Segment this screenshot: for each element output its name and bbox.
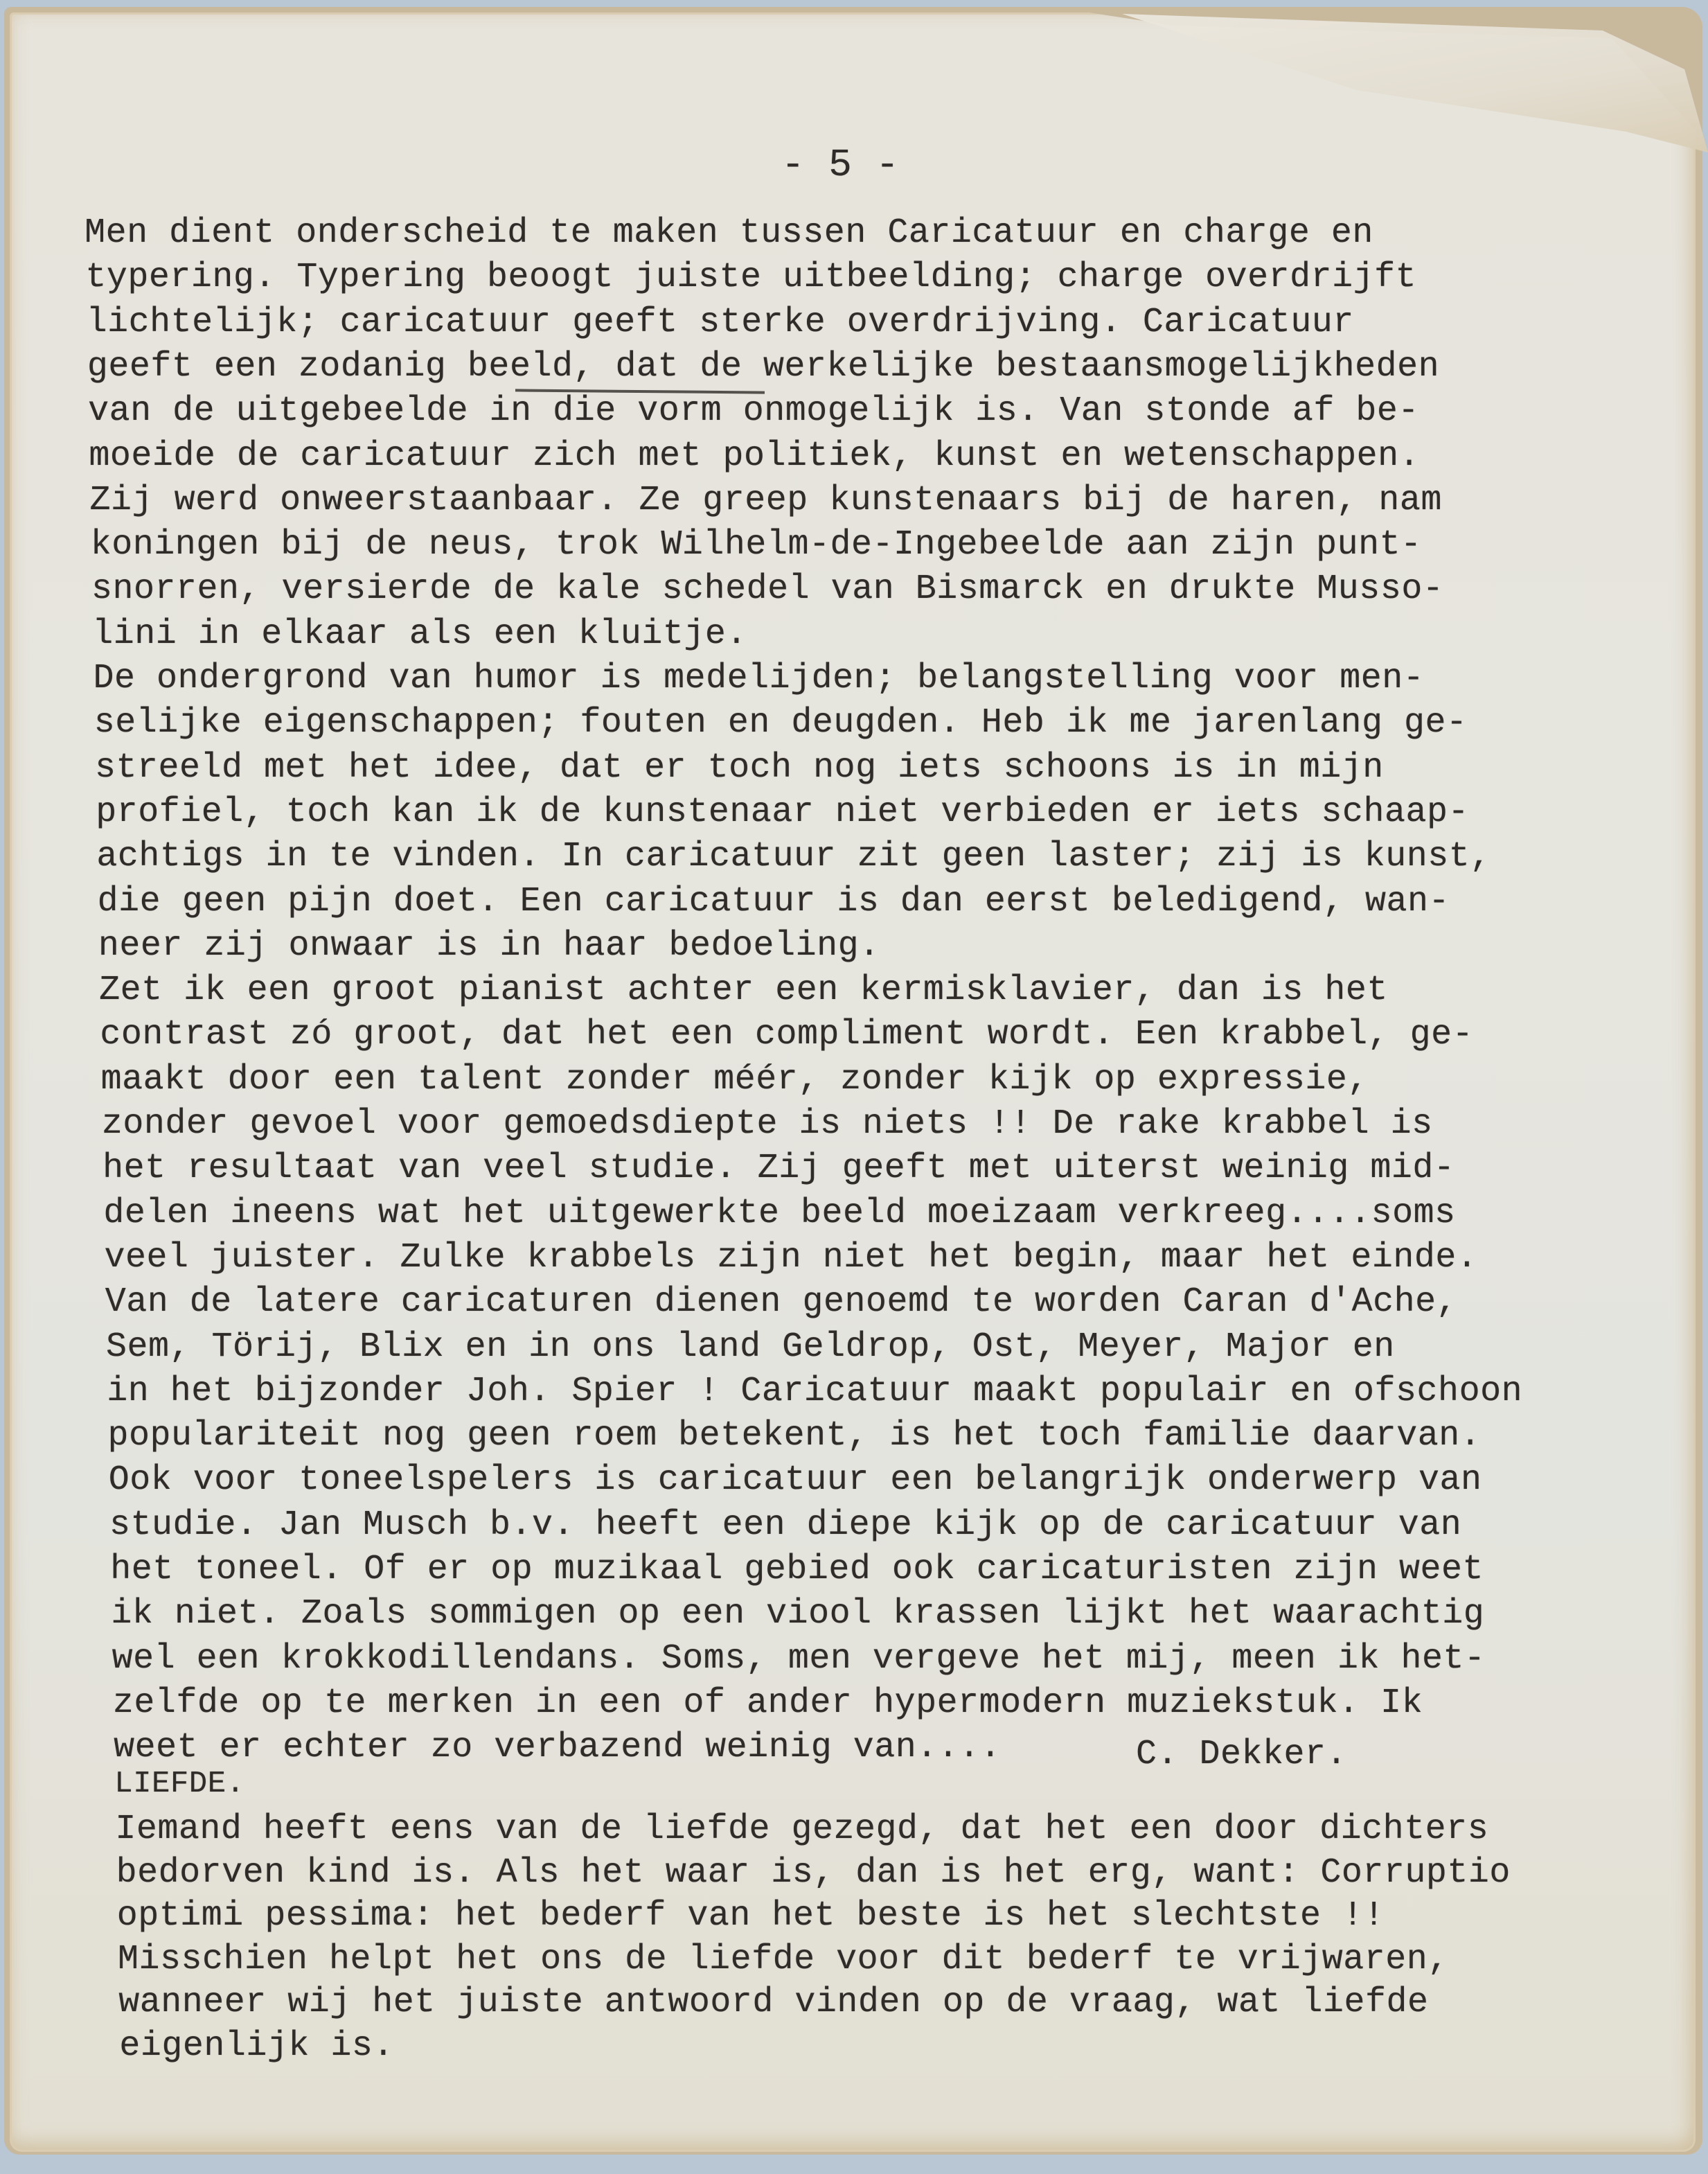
liefde-line: Misschien helpt het ons de liefde voor d… xyxy=(118,1940,1449,1979)
caricatuur-line: weet er echter zo verbazend weinig van..… xyxy=(114,1728,1001,1767)
caricatuur-line: Sem, Törij, Blix en in ons land Geldrop,… xyxy=(106,1327,1395,1367)
caricatuur-line: koningen bij de neus, trok Wilhelm-de-In… xyxy=(91,525,1422,565)
caricatuur-line: snorren, versierde de kale schedel van B… xyxy=(91,569,1443,609)
caricatuur-line: die geen pijn doet. Een caricatuur is da… xyxy=(98,882,1450,921)
caricatuur-line: ik niet. Zoals sommigen op een viool kra… xyxy=(111,1594,1484,1634)
caricatuur-line: het resultaat van veel studie. Zij geeft… xyxy=(103,1149,1455,1188)
caricatuur-line: selijke eigenschappen; fouten en deugden… xyxy=(94,703,1468,743)
caricatuur-line: moeide de caricatuur zich met politiek, … xyxy=(89,436,1420,476)
liefde-line: eigenlijk is. xyxy=(119,2026,394,2066)
caricatuur-line: lichtelijk; caricatuur geeft sterke over… xyxy=(87,303,1354,342)
caricatuur-line: geeft een zodanig beeld, dat de werkelij… xyxy=(87,347,1439,387)
caricatuur-line: De ondergrond van humor is medelijden; b… xyxy=(93,659,1424,698)
liefde-line: bedorven kind is. Als het waar is, dan i… xyxy=(116,1853,1511,1893)
caricatuur-line: het toneel. Of er op muzikaal gebied ook… xyxy=(110,1550,1484,1589)
caricatuur-line: studie. Jan Musch b.v. heeft een diepe k… xyxy=(109,1505,1461,1545)
page-number: - 5 - xyxy=(781,143,900,187)
caricatuur-line: Ook voor toneelspelers is caricatuur een… xyxy=(109,1460,1482,1500)
caricatuur-line: lini in elkaar als een kluitje. xyxy=(92,615,747,654)
caricatuur-line: wel een krokkodillendans. Soms, men verg… xyxy=(112,1639,1486,1679)
caricatuur-line: zelfde op te merken in een of ander hype… xyxy=(113,1683,1423,1723)
caricatuur-line: veel juister. Zulke krabbels zijn niet h… xyxy=(105,1238,1478,1278)
caricatuur-line: populariteit nog geen roem betekent, is … xyxy=(107,1416,1481,1456)
author-signature: C. Dekker. xyxy=(1136,1735,1347,1774)
caricatuur-line: typering. Typering beoogt juiste uitbeel… xyxy=(85,258,1416,297)
caricatuur-line: contrast zó groot, dat het een complimen… xyxy=(100,1015,1473,1054)
caricatuur-line: van de uitgebeelde in die vorm onmogelij… xyxy=(88,391,1419,431)
liefde-line: optimi pessima: het bederf van het beste… xyxy=(117,1896,1385,1936)
caricatuur-line: streeld met het idee, dat er toch nog ie… xyxy=(95,748,1384,788)
liefde-line: wanneer wij het juiste antwoord vinden o… xyxy=(118,1983,1428,2022)
caricatuur-line: neer zij onwaar is in haar bedoeling. xyxy=(98,926,880,966)
caricatuur-line: Men dient onderscheid te maken tussen Ca… xyxy=(84,213,1373,253)
caricatuur-line: Van de latere caricaturen dienen genoemd… xyxy=(105,1282,1457,1322)
caricatuur-line: Zij werd onweerstaanbaar. Ze greep kunst… xyxy=(90,481,1442,520)
caricatuur-line: maakt door een talent zonder méér, zonde… xyxy=(101,1060,1369,1099)
caricatuur-line: delen ineens wat het uitgewerkte beeld m… xyxy=(103,1194,1455,1233)
caricatuur-line: achtigs in te vinden. In caricatuur zit … xyxy=(96,837,1491,876)
caricatuur-line: profiel, toch kan ik de kunstenaar niet … xyxy=(96,793,1469,832)
caricatuur-line: zonder gevoel voor gemoedsdiepte is niet… xyxy=(102,1104,1433,1144)
section-heading-liefde: LIEFDE. xyxy=(114,1767,244,1801)
caricatuur-line: in het bijzonder Joh. Spier ! Caricatuur… xyxy=(107,1372,1522,1411)
caricatuur-line: Zet ik een groot pianist achter een kerm… xyxy=(99,971,1388,1010)
liefde-line: Iemand heeft eens van de liefde gezegd, … xyxy=(115,1810,1488,1849)
